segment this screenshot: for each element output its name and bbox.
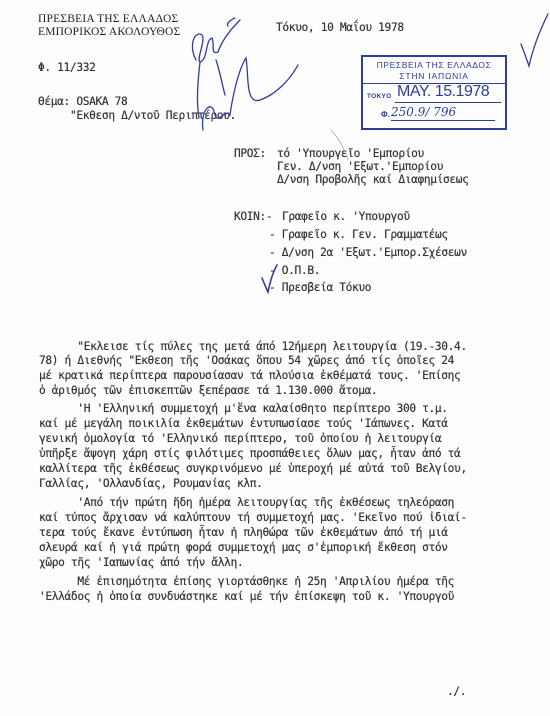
document-page: ΠΡΕΣΒΕΙΑ ΤΗΣ ΕΛΛΑΔΟΣ ΕΜΠΟΡΙΚΟΣ ΑΚΟΛΟΥΘΟΣ… xyxy=(0,0,550,716)
signature-icon xyxy=(192,20,240,62)
cc-line: - Πρεσβεία Τόκυο xyxy=(269,280,371,295)
body-line: μέ κρατικά περίπτερα παρουσίασαν τά πλού… xyxy=(39,368,460,383)
body-line: Μέ ἐπισημότητα ἐπίσης γιορτάσθηκε ἡ 25η … xyxy=(39,574,454,589)
cc-line: - Δ/νση 2α 'Εξωτ.'Εμπορ.Σχέσεων xyxy=(269,245,467,260)
body-line: καί μέ μεγάλη ποικιλία ἐκθεμάτων ἐντυπωσ… xyxy=(39,416,448,431)
letterhead-org: ΠΡΕΣΒΕΙΑ ΤΗΣ ΕΛΛΑΔΟΣ xyxy=(38,13,180,26)
body-line: 'Ελλάδος ἡ ὁποία συνδυάστηκε καί μέ τήν … xyxy=(39,589,454,604)
to-line: Δ/νση Προβολῆς καί Διαφημίσεως xyxy=(277,172,469,187)
cc-line: - Γραφεῖο κ. Γεν. Γραμματέως xyxy=(269,227,448,242)
body-line: ὁ ἀριθμός τῶν ἐπισκεπτῶν ξεπέρασε τά 1.1… xyxy=(39,383,377,398)
cc-line: - Ο.Π.Β. xyxy=(269,263,320,278)
stamp-date: MAY. 15.1978 xyxy=(397,83,489,101)
body-line: Γαλλίας, 'Ολλανδίας, Ρουμανίας κλπ. xyxy=(39,476,263,491)
letterhead-office: ΕΜΠΟΡΙΚΟΣ ΑΚΟΛΟΥΘΟΣ xyxy=(38,26,180,39)
body-line: γενική ὁμολογία τό 'Ελληνικό περίπτερο, … xyxy=(39,431,441,446)
letterhead: ΠΡΕΣΒΕΙΑ ΤΗΣ ΕΛΛΑΔΟΣ ΕΜΠΟΡΙΚΟΣ ΑΚΟΛΟΥΘΟΣ xyxy=(38,13,180,39)
file-number: Φ. 11/332 xyxy=(38,60,95,75)
stamp-city: TOKYO xyxy=(367,93,392,100)
stamp-date-underline xyxy=(395,102,501,103)
cc-label: ΚΟΙΝ:- xyxy=(234,209,272,224)
body-line: "Εκλεισε τίς πύλες της μετά άπό 12ήμερη … xyxy=(39,339,467,354)
body-line: καλλίτερα τῆς ἐκθέσεως συγκρινόμενο μέ ὑ… xyxy=(39,461,467,476)
checkmark-icon xyxy=(521,14,548,66)
subject-label: Θέμα: OSAKA 78 xyxy=(38,94,127,109)
body-line: 'Από τήν πρώτη ἤδη ἡμέρα λειτουργίας τῆς… xyxy=(39,495,454,510)
place-date: Τόκυο, 10 Μαΐου 1978 xyxy=(276,20,404,35)
body-line: 78) ή Διεθνής "Εκθεση τῆς 'Οσάκας ὅπου 5… xyxy=(39,353,454,368)
subject-detail: "Εκθεση Δ/ντοῦ Περιπτέρου. xyxy=(70,108,236,123)
stamp-reference: 250.9/ 796 xyxy=(391,105,456,119)
to-label: ΠΡΟΣ: xyxy=(234,146,266,161)
body-line: σλευρά καί ἡ γιά πρώτη φορά συμμετοχή μα… xyxy=(39,540,448,555)
stamp-ref-underline xyxy=(391,120,495,121)
body-line: χῶρο τῆς 'Ιαπωνίας ἀπό τήν ἄλλη. xyxy=(39,555,243,570)
cc-line: Γραφεῖο κ. 'Υπουργοῦ xyxy=(282,209,410,224)
stamp-line2: ΣΤΗΝ ΙΑΠΩΝΙΑ xyxy=(363,71,505,81)
continuation-mark: ./. xyxy=(447,684,466,699)
stamp-phi: Φ. xyxy=(381,110,390,119)
received-stamp: ΠΡΕΣΒΕΙΑ ΤΗΣ ΕΛΛΑΔΟΣ ΣΤΗΝ ΙΑΠΩΝΙΑ TOKYO … xyxy=(361,55,507,130)
body-line: 'Η 'Ελληνική συμμετοχή μ'ἕνα καλαίσθητο … xyxy=(39,401,448,416)
body-line: τερα τούς ἔκανε ἐντύπωση ἦταν ἡ πληθώρα … xyxy=(39,525,448,540)
body-line: καί τύπος ἄρχισαν νά καλύπτουν τή συμμετ… xyxy=(39,510,467,525)
body-line: ὑπῆρξε ἄψογη χάρη στίς φιλότιμες προσπάθ… xyxy=(39,446,460,461)
stamp-line1: ΠΡΕΣΒΕΙΑ ΤΗΣ ΕΛΛΑΔΟΣ xyxy=(363,60,505,70)
